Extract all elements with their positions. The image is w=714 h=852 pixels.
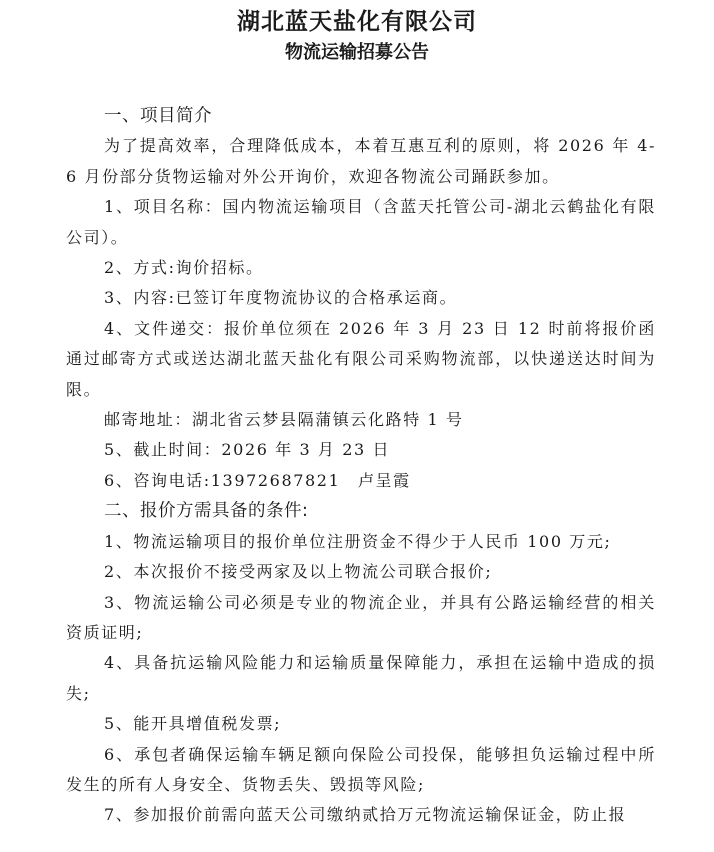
document-subtitle: 物流运输招募公告 [0, 40, 714, 66]
paragraph-content: 3、内容:已签订年度物流协议的合格承运商。 [66, 283, 656, 313]
paragraph-contact-phone: 6、咨询电话:13972687821 卢呈霞 [66, 466, 656, 496]
requirement-item: 5、能开具增值税发票; [66, 709, 656, 739]
requirement-item: 3、物流运输公司必须是专业的物流企业，并具有公路运输经营的相关资质证明; [66, 588, 656, 649]
paragraph-method: 2、方式:询价招标。 [66, 253, 656, 283]
paragraph-project-name: 1、项目名称：国内物流运输项目（含蓝天托管公司-湖北云鹤盐化有限公司）。 [66, 192, 656, 253]
paragraph-file-submission: 4、文件递交：报价单位须在 2026 年 3 月 23 日 12 时前将报价函通… [66, 314, 656, 405]
paragraph-intro: 为了提高效率，合理降低成本，本着互惠互利的原则，将 2026 年 4-6 月份部… [66, 131, 656, 192]
requirement-item: 6、承包者确保运输车辆足额向保险公司投保，能够担负运输过程中所发生的所有人身安全… [66, 740, 656, 801]
requirement-item: 4、具备抗运输风险能力和运输质量保障能力，承担在运输中造成的损失; [66, 648, 656, 709]
document-body: 一、项目简介 为了提高效率，合理降低成本，本着互惠互利的原则，将 2026 年 … [66, 101, 656, 831]
requirement-item: 7、参加报价前需向蓝天公司缴纳贰拾万元物流运输保证金，防止报 [66, 800, 656, 830]
paragraph-mailing-address: 邮寄地址：湖北省云梦县隔蒲镇云化路特 1 号 [66, 405, 656, 435]
document-title: 湖北蓝天盐化有限公司 [0, 6, 714, 38]
section-heading-project-intro: 一、项目简介 [66, 101, 656, 131]
section-heading-requirements: 二、报价方需具备的条件: [66, 496, 656, 526]
requirement-item: 1、物流运输项目的报价单位注册资金不得少于人民币 100 万元; [66, 527, 656, 557]
requirement-item: 2、本次报价不接受两家及以上物流公司联合报价; [66, 557, 656, 587]
paragraph-deadline: 5、截止时间：2026 年 3 月 23 日 [66, 435, 656, 465]
